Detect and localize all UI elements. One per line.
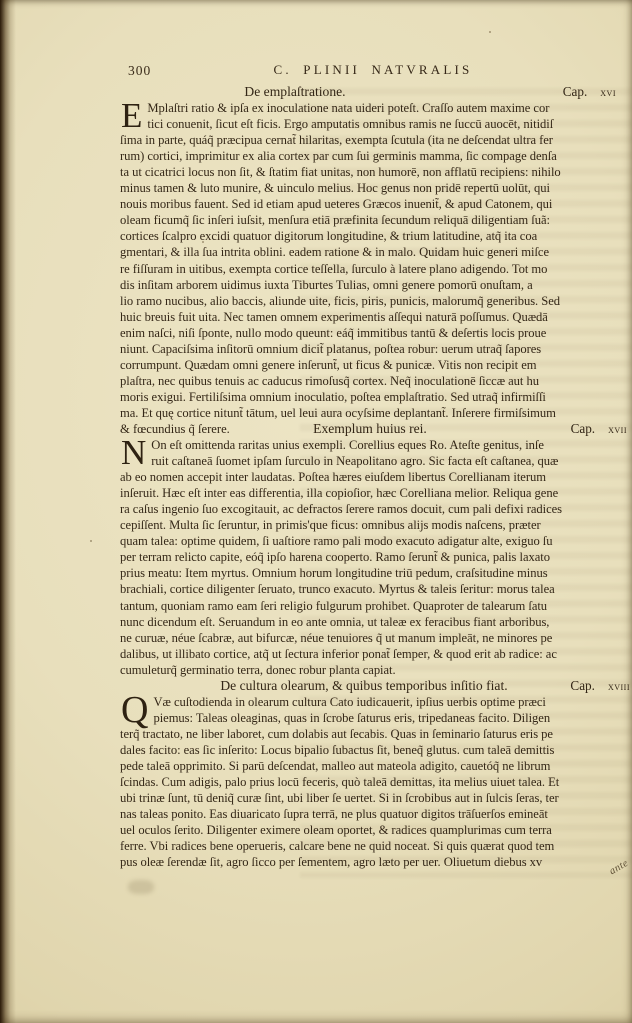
page-number: 300 [128, 63, 151, 79]
text-line: ma. Et quę cortice nitunt̃ tātum, uel le… [120, 405, 632, 421]
paper-speck [489, 31, 491, 33]
body-lines: Mplaſtri ratio & ipſa ex inoculatione na… [120, 100, 632, 421]
text-line: inſeruit. Hæc eſt inter eas differentia,… [120, 485, 632, 501]
text-line: tici conuenit, ſicut eſt ficis. Ergo amp… [120, 116, 632, 132]
drop-cap: N [120, 437, 151, 469]
text-line: ſcindas. Cum adigis, palo prius locū fec… [120, 774, 632, 790]
text-line: ra caſus ingenio ſuo excogitauit, ac def… [120, 501, 632, 517]
text-line: moris exigui. Fertiliſsima omnium inocul… [120, 389, 632, 405]
text-line: gmentari, & illa ſua intrita oblini. ead… [120, 244, 632, 260]
text-line: niunt. Capaciſsima inſitorū omnium dicit… [120, 341, 632, 357]
text-line: cumuleturq̃ germinatio terra, donec robu… [120, 662, 632, 678]
text-line: plaſtra, nec quibus tenuis ac caducus ri… [120, 373, 632, 389]
drop-cap: E [120, 100, 147, 132]
text-line: nunc dicendum eſt. Seruandum in eo ante … [120, 614, 632, 630]
text-line: rum) cortici, imprimitur ex alia cortex … [120, 148, 632, 164]
running-title: C. PLINII NATVRALIS [274, 62, 473, 78]
chapter-heading: Exemplum huius rei. [313, 421, 427, 437]
text-line: prius meatu: Item myrtus. Omnium horum l… [120, 565, 632, 581]
text-line: nouis moribus fauent. Sed id etiam apud … [120, 196, 632, 212]
paragraph-closing-line: & fœcundius q̃ ſerere. [120, 421, 230, 437]
text-line: uel oculos ſerito. Diligenter eximere ol… [120, 822, 632, 838]
text-line: enim naſci, niſi ſponte, nullo modo queu… [120, 325, 632, 341]
book-page: 300 C. PLINII NATVRALIS De emplaſtration… [0, 0, 632, 1023]
chapter-heading: De emplaſtratione. [244, 84, 345, 100]
text-column: De emplaſtratione. Cap.xvi E Mplaſtri ra… [120, 84, 632, 870]
chapter-heading: De cultura olearum, & quibus temporibus … [220, 678, 507, 694]
cap-numeral: xviii [608, 679, 630, 693]
text-line: pede taleā opprimito. Si parū deſcendat,… [120, 758, 632, 774]
text-line: quam talea: optime quidem, ſi uaſtiore r… [120, 533, 632, 549]
text-line: ruit caſtaneā ſuomet ipſam ſurculo in Ne… [120, 453, 632, 469]
cap-numeral: xvi [600, 85, 616, 99]
text-line: piemus: Taleas oleaginas, quas in ſcrobe… [120, 710, 632, 726]
text-line: corrumpunt. Quædam omni genere inſerunt̃… [120, 357, 632, 373]
text-line: lio ramo nucibus, alio baccis, aliunde u… [120, 293, 632, 309]
cap-label: Cap. [563, 84, 588, 99]
text-line: ne curuæ, néue ſcabræ, aut bifurcæ, néue… [120, 630, 632, 646]
body-lines: Væ cuſtodienda in olearum cultura Cato i… [120, 694, 632, 871]
paper-speck [90, 540, 92, 542]
chapter-cap: Cap.xviii [570, 678, 630, 694]
chapter-xviii-body: Q Væ cuſtodienda in olearum cultura Cato… [120, 694, 632, 871]
cap-label: Cap. [570, 678, 595, 693]
chapter-xvii-body: N On eſt omittenda raritas unius exempli… [120, 437, 632, 678]
text-line: oleam ficumq̃ ſic inſeri iuſsit, menſura… [120, 212, 632, 228]
chapter-xvi-body: E Mplaſtri ratio & ipſa ex inoculatione … [120, 100, 632, 421]
drop-cap: Q [120, 694, 153, 726]
text-line: ſima in parte, quáq̃ præcipua cernat̃ hi… [120, 132, 632, 148]
cap-numeral: xvii [608, 422, 627, 436]
text-line: huic breuis fuit uita. Nec tamen omnem e… [120, 309, 632, 325]
chapter-cap: Cap.xvi [563, 84, 616, 100]
text-line: terq̃ tractato, ne liber laboret, cum do… [120, 726, 632, 742]
chapter-heading-row: De emplaſtratione. Cap.xvi [120, 84, 632, 100]
body-lines: On eſt omittenda raritas unius exempli. … [120, 437, 632, 678]
text-line: ab eo nomen accepit inter laudatas. Poſt… [120, 469, 632, 485]
cap-label: Cap. [571, 421, 596, 436]
page-gutter-shadow [0, 0, 16, 1023]
text-line: Mplaſtri ratio & ipſa ex inoculatione na… [120, 100, 632, 116]
chapter-heading-row: De cultura olearum, & quibus temporibus … [120, 678, 632, 694]
text-line: re fiſſuram in uitibus, exempta cortice … [120, 261, 632, 277]
text-line: minus tamen & luto munire, & uinculo mel… [120, 180, 632, 196]
text-line: brachiali, cortice diligenter ſeruato, t… [120, 581, 632, 597]
text-line: cortices ſcalpro excidi quatuor digitoru… [120, 228, 632, 244]
text-line: nas taleas ponito. Eas diuaricato ſupra … [120, 806, 632, 822]
chapter-heading-row: & fœcundius q̃ ſerere. Exemplum huius re… [120, 421, 632, 437]
text-line: ferre. Vbi radices bene operueris, calca… [120, 838, 632, 854]
text-line: Væ cuſtodienda in olearum cultura Cato i… [120, 694, 632, 710]
text-line: ta ut cicatrici locus non ſit, & ſtatim … [120, 164, 632, 180]
text-line: dis inſitam arborem uidimus iuxta Tiburt… [120, 277, 632, 293]
text-line: dales facito: eas ſic inſerito: Locus bi… [120, 742, 632, 758]
text-line: per terram relicto capite, eóq̃ ipſo har… [120, 549, 632, 565]
text-line: tantum, quoniam ramo eam ſeri religio fu… [120, 598, 632, 614]
text-line: ubi trinæ ſunt, tū deniq̃ curæ ſint, ubi… [120, 790, 632, 806]
ink-smudge [128, 880, 154, 894]
text-line: On eſt omittenda raritas unius exempli. … [120, 437, 632, 453]
chapter-cap: Cap.xvii [571, 421, 627, 437]
text-line: pus oleæ ſerendæ ſit, agro ſicco per ſem… [120, 854, 632, 870]
text-line: dalibus, ut illibato cortice, atq̃ ut ſe… [120, 646, 632, 662]
text-line: cepiſſent. Multa ſic ſeruntur, in primis… [120, 517, 632, 533]
